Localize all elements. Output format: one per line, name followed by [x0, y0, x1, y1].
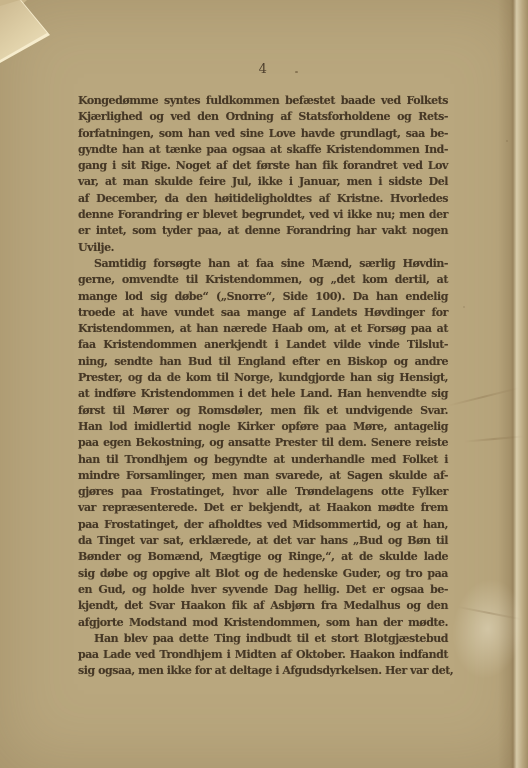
text-line-p1-5: gang i sit Rige. Noget af det første han…	[78, 158, 448, 174]
text-line-p1-1: Kongedømme syntes fuldkommen befæstet ba…	[78, 93, 448, 109]
folded-corner-flap	[0, 0, 76, 76]
text-line-p3-2: paa Lade ved Trondhjem i Midten af Oktob…	[78, 647, 448, 663]
text-line-p2-19: Bønder og Bomænd, Mægtige og Ringe,“, at…	[78, 549, 448, 565]
text-line-p2-17: paa Frostatinget, der afholdtes ved Mids…	[78, 517, 448, 533]
text-line-p2-11: Han lod imidlertid nogle Kirker opføre p…	[78, 419, 448, 435]
paper-speck	[506, 140, 508, 142]
text-line-p1-7: af December, da den høitideligholdtes af…	[78, 191, 448, 207]
text-line-p2-7: ning, sendte han Bud til England efter e…	[78, 354, 448, 370]
text-line-p1-10: Uvilje.	[78, 240, 448, 256]
text-line-p2-14: mindre Forsamlinger, men man svarede, at…	[78, 468, 448, 484]
text-line-p2-4: troede at have vundet saa mange af Lande…	[78, 305, 448, 321]
text-line-p2-6: faa Kristendommen anerkjendt i Landet vi…	[78, 337, 448, 353]
text-line-p2-15: gjøres paa Frostatinget, hvor alle Trønd…	[78, 484, 448, 500]
text-line-p2-18: da Tinget var sat, erklærede, at det var…	[78, 533, 448, 549]
paper-speck	[463, 306, 465, 308]
text-line-p2-3: mange lod sig døbe“ („Snorre“, Side 100)…	[78, 289, 448, 305]
book-page: 4 Kongedømme syntes fuldkommen befæstet …	[0, 0, 528, 768]
page-number: 4	[78, 62, 448, 77]
text-line-p1-4: gyndte han at tænke paa ogsaa at skaffe …	[78, 142, 448, 158]
text-line-p1-9: er intet, som tyder paa, at denne Forand…	[78, 223, 448, 239]
text-line-p2-1: Samtidig forsøgte han at faa sine Mænd, …	[78, 256, 448, 272]
folded-corner-edge	[0, 0, 76, 76]
text-line-p2-2: gerne, omvendte til Kristendommen, og „d…	[78, 272, 448, 288]
text-line-p2-20: sig døbe og opgive alt Blot og de hedens…	[78, 566, 448, 582]
folded-corner-underside	[0, 0, 76, 76]
text-line-p1-2: Kjærlighed og ved den Ordning af Statsfo…	[78, 109, 448, 125]
text-line-p2-5: Kristendommen, at han nærede Haab om, at…	[78, 321, 448, 337]
paper-speck	[295, 71, 298, 73]
text-line-p2-13: han til Trondhjem og begyndte at underha…	[78, 452, 448, 468]
text-line-p2-23: afgjorte Modstand mod Kristendommen, som…	[78, 615, 448, 631]
text-block: Kongedømme syntes fuldkommen befæstet ba…	[78, 93, 448, 680]
text-line-p1-3: forfatningen, som han ved sine Love havd…	[78, 126, 448, 142]
folded-corner	[0, 0, 76, 76]
text-line-p3-1: Han blev paa dette Ting indbudt til et s…	[78, 631, 448, 647]
text-line-p3-3: sig ogsaa, men ikke for at deltage i Afg…	[78, 663, 448, 679]
text-line-p2-16: var repræsenterede. Det er bekjendt, at …	[78, 500, 448, 516]
text-line-p1-8: denne Forandring er blevet begrundet, ve…	[78, 207, 448, 223]
text-line-p2-22: kjendt, det Svar Haakon fik af Asbjørn f…	[78, 598, 448, 614]
text-line-p1-6: var, at man skulde feire Jul, ikke i Jan…	[78, 174, 448, 190]
text-line-p2-21: en Gud, og holde hver syvende Dag hellig…	[78, 582, 448, 598]
text-line-p2-8: Prester, og da de kom til Norge, kundgjo…	[78, 370, 448, 386]
text-line-p2-9: at indføre Kristendommen i det hele Land…	[78, 386, 448, 402]
text-line-p2-12: paa egen Bekostning, og ansatte Prester …	[78, 435, 448, 451]
text-line-p2-10: først til Mører og Romsdøler, men fik et…	[78, 403, 448, 419]
